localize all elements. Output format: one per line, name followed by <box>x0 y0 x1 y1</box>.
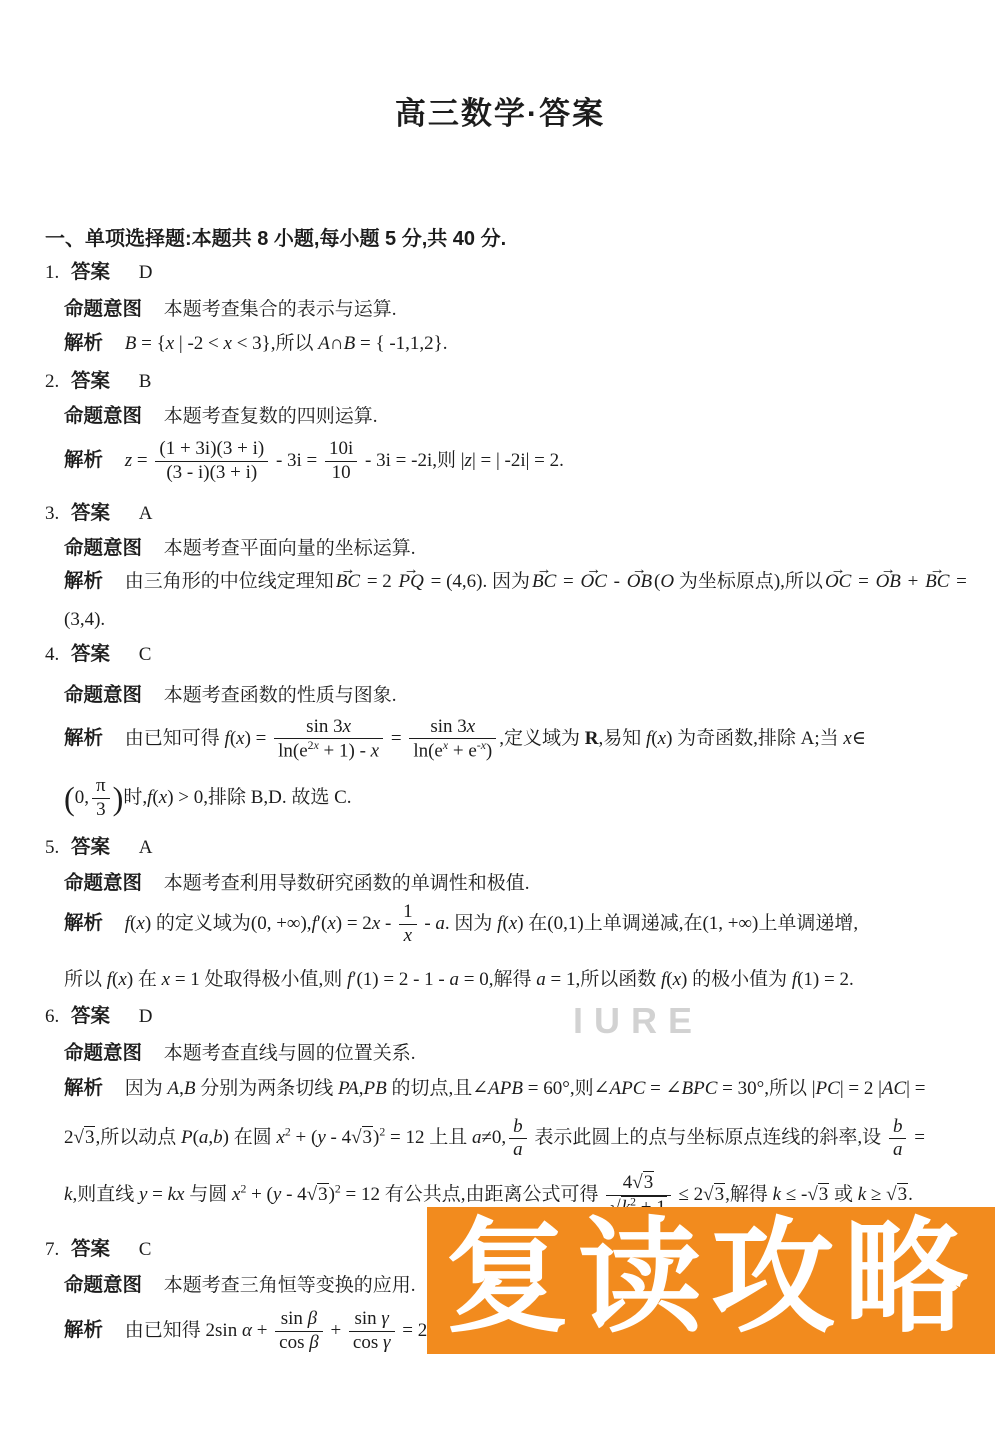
q4-answer-letter: C <box>139 644 152 665</box>
q5-analysis-row: 解析 f(x) 的定义域为(0, +∞),f′(x) = 2x - 1x - a… <box>64 901 858 945</box>
q3-intent-text: 本题考查平面向量的坐标运算. <box>164 538 416 559</box>
q4-analysis-row2: (0,π3)时,f(x) > 0,排除 B,D. 故选 C. <box>64 775 352 821</box>
q3-analysis-text-line2: (3,4). <box>64 609 105 630</box>
q2-analysis-text: z = (1 + 3i)(3 + i)(3 - i)(3 + i) - 3i =… <box>125 450 564 471</box>
q6-intent-row: 命题意图 本题考查直线与圆的位置关系. <box>64 1040 416 1067</box>
q6-analysis-text-line2: 2√3,所以动点 P(a,b) 在圆 x2 + (y - 4√3)2 = 12 … <box>64 1127 925 1148</box>
q1-answer-row: 1. 答案 D <box>45 259 153 286</box>
q3-analysis-label: 解析 <box>64 570 103 592</box>
q3-analysis-row: 解析 由三角形的中位线定理知BC = 2 PQ = (4,6). 因为BC = … <box>64 568 967 595</box>
q6-analysis-label: 解析 <box>64 1077 103 1099</box>
q5-intent-text: 本题考查利用导数研究函数的单调性和极值. <box>164 873 530 894</box>
q4-answer-row: 4. 答案 C <box>45 641 151 668</box>
q2-answer-label: 答案 <box>71 370 110 392</box>
q1-intent-row: 命题意图 本题考查集合的表示与运算. <box>64 296 397 323</box>
section-heading: 一、单项选择题:本题共 8 小题,每小题 5 分,共 40 分. <box>45 222 506 251</box>
promo-banner: 复读攻略 <box>427 1207 995 1354</box>
q1-analysis-label: 解析 <box>64 332 103 354</box>
q3-analysis-text-line1: 由三角形的中位线定理知BC = 2 PQ = (4,6). 因为BC = OC … <box>125 571 967 592</box>
q6-answer-row: 6. 答案 D <box>45 1003 153 1030</box>
q6-analysis-text-line3: k,则直线 y = kx 与圆 x2 + (y - 4√3)2 = 12 有公共… <box>64 1184 913 1205</box>
q5-answer-letter: A <box>139 837 153 858</box>
q6-number: 6. <box>45 1006 59 1027</box>
q4-answer-label: 答案 <box>71 643 110 665</box>
q2-number: 2. <box>45 371 59 392</box>
q3-answer-row: 3. 答案 A <box>45 500 153 527</box>
q3-answer-label: 答案 <box>71 502 110 524</box>
q1-number: 1. <box>45 262 59 283</box>
q1-intent-text: 本题考查集合的表示与运算. <box>164 299 397 320</box>
q1-intent-label: 命题意图 <box>64 298 142 320</box>
q6-analysis-row: 解析 因为 A,B 分别为两条切线 PA,PB 的切点,且∠APB = 60°,… <box>64 1075 925 1102</box>
q2-intent-label: 命题意图 <box>64 405 142 427</box>
q1-answer-letter: D <box>139 262 153 283</box>
q7-analysis-label: 解析 <box>64 1319 103 1341</box>
q4-intent-row: 命题意图 本题考查函数的性质与图象. <box>64 682 397 709</box>
q2-analysis-row: 解析 z = (1 + 3i)(3 + i)(3 - i)(3 + i) - 3… <box>64 432 564 488</box>
q1-analysis-text: B = {x | -2 < x < 3},所以 A∩B = { -1,1,2}. <box>125 333 448 354</box>
q5-intent-label: 命题意图 <box>64 872 142 894</box>
q4-intent-text: 本题考查函数的性质与图象. <box>164 685 397 706</box>
q3-analysis-row2: (3,4). <box>64 607 105 633</box>
answer-sheet-page: 高三数学·答案 IURE 一、单项选择题:本题共 8 小题,每小题 5 分,共 … <box>0 0 1000 1456</box>
q3-intent-row: 命题意图 本题考查平面向量的坐标运算. <box>64 535 416 562</box>
q5-answer-row: 5. 答案 A <box>45 834 153 861</box>
q6-answer-label: 答案 <box>71 1005 110 1027</box>
q6-analysis-text-line1: 因为 A,B 分别为两条切线 PA,PB 的切点,且∠APB = 60°,则∠A… <box>125 1078 926 1099</box>
q6-answer-letter: D <box>139 1006 153 1027</box>
q5-analysis-text-line2: 所以 f(x) 在 x = 1 处取得极小值,则 f′(1) = 2 - 1 -… <box>64 969 854 990</box>
q4-analysis-row: 解析 由已知可得 f(x) = sin 3xln(e2x + 1) - x = … <box>64 708 866 768</box>
q5-analysis-row2: 所以 f(x) 在 x = 1 处取得极小值,则 f′(1) = 2 - 1 -… <box>64 967 854 993</box>
q7-answer-label: 答案 <box>71 1238 110 1260</box>
q1-answer-label: 答案 <box>71 261 110 283</box>
q1-analysis-row: 解析 B = {x | -2 < x < 3},所以 A∩B = { -1,1,… <box>64 330 448 357</box>
q5-intent-row: 命题意图 本题考查利用导数研究函数的单调性和极值. <box>64 870 530 897</box>
q2-intent-text: 本题考查复数的四则运算. <box>164 406 378 427</box>
q3-number: 3. <box>45 503 59 524</box>
q6-intent-text: 本题考查直线与圆的位置关系. <box>164 1043 416 1064</box>
q3-intent-label: 命题意图 <box>64 537 142 559</box>
q5-answer-label: 答案 <box>71 836 110 858</box>
q7-intent-label: 命题意图 <box>64 1274 142 1296</box>
q4-number: 4. <box>45 644 59 665</box>
page-title: 高三数学·答案 <box>0 88 1000 133</box>
q4-analysis-label: 解析 <box>64 727 103 749</box>
watermark-text: IURE <box>573 1000 703 1042</box>
q2-answer-letter: B <box>139 371 152 392</box>
q7-answer-row: 7. 答案 C <box>45 1236 151 1263</box>
q3-answer-letter: A <box>139 503 153 524</box>
q5-analysis-label: 解析 <box>64 912 103 934</box>
q7-analysis-row: 解析 由已知得 2sin α + sin βcos β + sin γcos γ… <box>64 1301 449 1359</box>
q7-intent-row: 命题意图 本题考查三角恒等变换的应用. <box>64 1272 416 1299</box>
q7-answer-letter: C <box>139 1239 152 1260</box>
q6-analysis-row2: 2√3,所以动点 P(a,b) 在圆 x2 + (y - 4√3)2 = 12 … <box>64 1110 925 1156</box>
q2-answer-row: 2. 答案 B <box>45 368 151 395</box>
promo-banner-text: 复读攻略 <box>445 1207 977 1352</box>
q7-analysis-text: 由已知得 2sin α + sin βcos β + sin γcos γ = … <box>125 1320 450 1341</box>
q7-number: 7. <box>45 1239 59 1260</box>
q5-analysis-text-line1: f(x) 的定义域为(0, +∞),f′(x) = 2x - 1x - a. 因… <box>125 913 858 934</box>
q5-number: 5. <box>45 837 59 858</box>
q4-analysis-text-line1: 由已知可得 f(x) = sin 3xln(e2x + 1) - x = sin… <box>125 728 866 749</box>
q4-analysis-text-line2: (0,π3)时,f(x) > 0,排除 B,D. 故选 C. <box>64 787 352 808</box>
q6-intent-label: 命题意图 <box>64 1042 142 1064</box>
q4-intent-label: 命题意图 <box>64 684 142 706</box>
q2-intent-row: 命题意图 本题考查复数的四则运算. <box>64 403 378 430</box>
q7-intent-text: 本题考查三角恒等变换的应用. <box>164 1275 416 1296</box>
q2-analysis-label: 解析 <box>64 449 103 471</box>
